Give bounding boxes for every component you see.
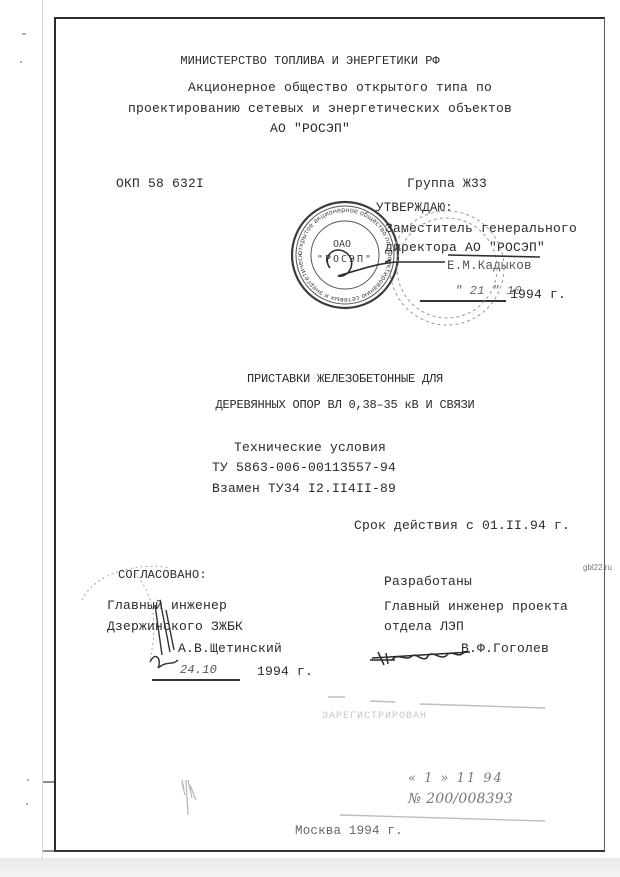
organization-line-2: проектированию сетевых и энергетических …	[0, 101, 620, 116]
scan-bottom-strip	[0, 858, 620, 877]
organization-line-1: Акционерное общество открытого типа по	[0, 80, 620, 95]
developed-position-line-1: Главный инженер проекта	[384, 599, 568, 614]
group-code: Группа Ж33	[407, 176, 487, 191]
scan-speck	[27, 779, 29, 781]
approval-position-line-1: Заместитель генерального	[385, 221, 577, 236]
agreed-year: 1994 г.	[257, 664, 313, 679]
approval-date-underline	[420, 300, 506, 302]
agreed-position-line-1: Главный инженер	[107, 598, 227, 613]
registration-date: « 1 » 11 94	[408, 771, 504, 786]
registration-number: № 200/008393	[408, 791, 513, 807]
registration-stamp-text: ЗАРЕГИСТРИРОВАН	[322, 711, 427, 722]
bottom-corner-tick	[43, 782, 54, 851]
approval-year: 1994 г.	[510, 287, 566, 302]
scan-speck	[26, 803, 28, 805]
document-type: Технические условия	[234, 440, 386, 455]
developer-name: В.Ф.Гоголев	[461, 641, 549, 656]
document-title-line-2: ДЕРЕВЯННЫХ ОПОР ВЛ 0,38–35 кВ И СВЯЗИ	[0, 398, 620, 412]
organization-line-3: АО "РОСЭП"	[0, 121, 620, 136]
developed-heading: Разработаны	[384, 574, 472, 589]
watermark: gbl22.ru	[583, 563, 612, 572]
approval-position-line-2: директора АО "РОСЭП"	[385, 240, 545, 255]
approval-heading: УТВЕРЖДАЮ:	[376, 201, 453, 215]
scan-speck	[24, 33, 26, 35]
ministry-heading: МИНИСТЕРСТВО ТОПЛИВА И ЭНЕРГЕТИКИ РФ	[0, 54, 620, 68]
developed-position-line-2: отдела ЛЭП	[384, 619, 464, 634]
validity-period: Срок действия с 01.II.94 г.	[354, 518, 570, 533]
agreed-heading: СОГЛАСОВАНО:	[118, 568, 207, 582]
document-frame	[54, 17, 605, 852]
agreed-position-line-2: Дзержинского ЗЖБК	[107, 619, 243, 634]
city-year: Москва 1994 г.	[295, 824, 403, 838]
agreed-date-handwritten: 24.10	[180, 663, 217, 677]
approval-signer-name: Е.М.Кадыков	[447, 259, 532, 273]
tu-number: ТУ 5863-006-00113557-94	[212, 460, 396, 475]
okp-code: ОКП 58 632I	[116, 176, 204, 191]
agreed-date-underline	[152, 679, 240, 681]
replaces-note: Взамен ТУ34 I2.II4II-89	[212, 481, 396, 496]
document-title-line-1: ПРИСТАВКИ ЖЕЛЕЗОБЕТОННЫЕ ДЛЯ	[0, 372, 620, 386]
agreed-signer-name: А.В.Щетинский	[178, 641, 282, 656]
